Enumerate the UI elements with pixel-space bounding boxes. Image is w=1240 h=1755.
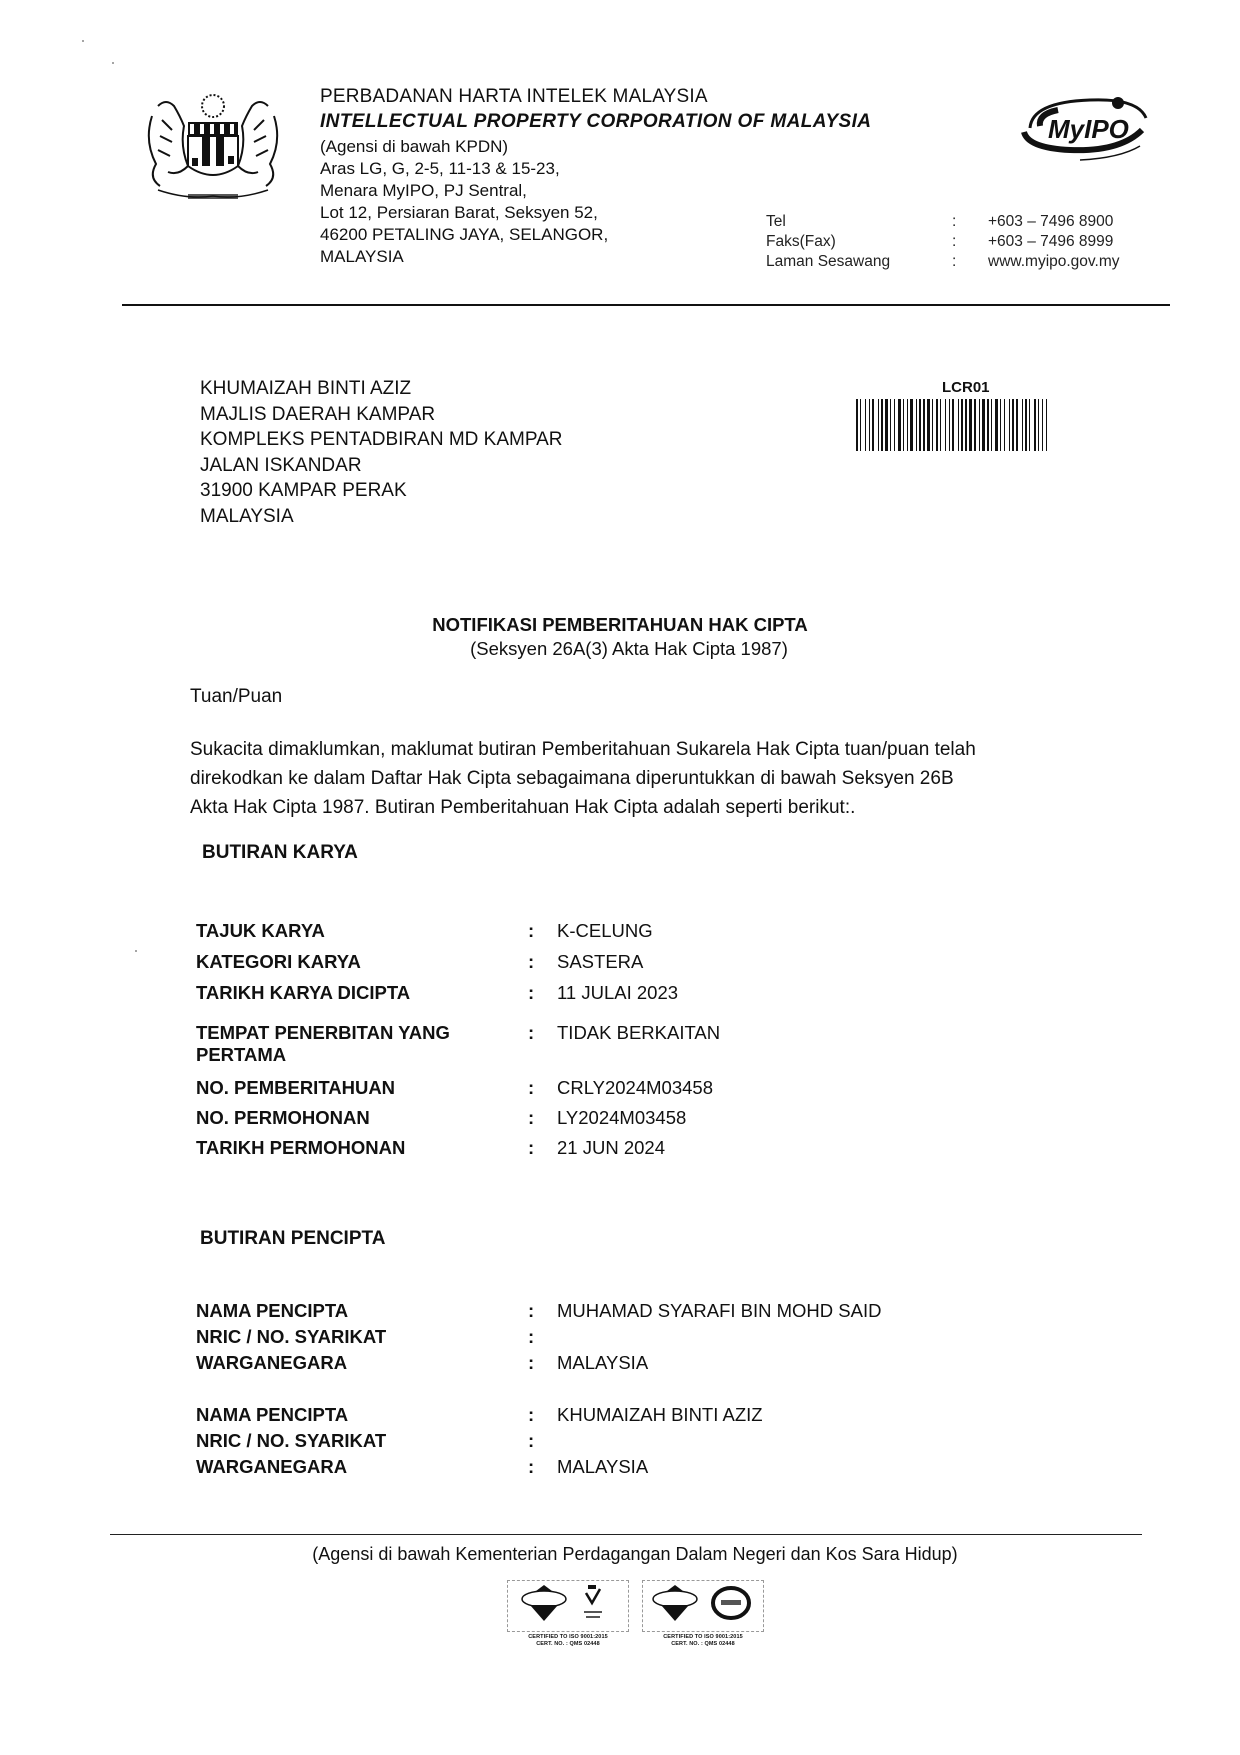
malaysia-coat-of-arms-logo bbox=[138, 86, 288, 208]
myipo-logo: MyIPO bbox=[1010, 88, 1150, 168]
field-label: KATEGORI KARYA bbox=[196, 951, 361, 973]
field-label: TAJUK KARYA bbox=[196, 920, 325, 942]
contact-separator: : bbox=[952, 232, 988, 252]
recipient-address: KHUMAIZAH BINTI AZIZ MAJLIS DAERAH KAMPA… bbox=[200, 376, 562, 529]
address-line: Lot 12, Persiaran Barat, Seksyen 52, bbox=[320, 202, 608, 224]
field-value: MALAYSIA bbox=[557, 1352, 648, 1374]
field-value: MALAYSIA bbox=[557, 1456, 648, 1478]
field-label-line: PERTAMA bbox=[196, 1044, 286, 1065]
contact-label: Faks(Fax) bbox=[766, 232, 952, 252]
field-value: CRLY2024M03458 bbox=[557, 1077, 713, 1099]
certification-text: CERTIFIED TO ISO 9001:2015 CERT. NO. : Q… bbox=[640, 1634, 766, 1648]
notice-paragraph: Sukacita dimaklumkan, maklumat butiran P… bbox=[190, 735, 1070, 822]
contact-separator: : bbox=[952, 252, 988, 272]
field-separator: : bbox=[528, 1326, 534, 1348]
field-value: MUHAMAD SYARAFI BIN MOHD SAID bbox=[557, 1300, 881, 1322]
recipient-line: JALAN ISKANDAR bbox=[200, 453, 562, 479]
barcode bbox=[854, 399, 1050, 451]
org-name-malay: PERBADANAN HARTA INTELEK MALAYSIA bbox=[320, 86, 708, 108]
field-label: NAMA PENCIPTA bbox=[196, 1300, 348, 1322]
address-line: MALAYSIA bbox=[320, 246, 608, 268]
iso-certification-badge: CERTIFIED TO ISO 9001:2015 CERT. NO. : Q… bbox=[640, 1580, 766, 1648]
field-label: TARIKH PERMOHONAN bbox=[196, 1137, 405, 1159]
footer-agency-note: (Agensi di bawah Kementerian Perdagangan… bbox=[0, 1544, 1240, 1565]
certification-number: CERT. NO. : QMS 02448 bbox=[640, 1641, 766, 1648]
field-separator: : bbox=[528, 1107, 534, 1129]
section-heading-author-details: BUTIRAN PENCIPTA bbox=[200, 1228, 385, 1250]
footer-divider bbox=[110, 1534, 1142, 1535]
field-value: TIDAK BERKAITAN bbox=[557, 1022, 720, 1044]
field-label: WARGANEGARA bbox=[196, 1456, 347, 1478]
recipient-line: MALAYSIA bbox=[200, 504, 562, 530]
contact-row-tel: Tel : +603 – 7496 8900 bbox=[766, 212, 1120, 232]
scan-speck bbox=[82, 40, 84, 42]
field-value: 21 JUN 2024 bbox=[557, 1137, 665, 1159]
field-separator: : bbox=[528, 1022, 534, 1044]
field-label: NAMA PENCIPTA bbox=[196, 1404, 348, 1426]
field-label: WARGANEGARA bbox=[196, 1352, 347, 1374]
field-label: NRIC / NO. SYARIKAT bbox=[196, 1326, 386, 1348]
contact-label: Laman Sesawang bbox=[766, 252, 952, 272]
address-line: Menara MyIPO, PJ Sentral, bbox=[320, 180, 608, 202]
field-label-line: TEMPAT PENERBITAN YANG bbox=[196, 1022, 450, 1043]
paragraph-line: direkodkan ke dalam Daftar Hak Cipta seb… bbox=[190, 764, 1070, 793]
section-heading-work-details: BUTIRAN KARYA bbox=[202, 842, 358, 864]
address-line: (Agensi di bawah KPDN) bbox=[320, 136, 608, 158]
field-separator: : bbox=[528, 1404, 534, 1426]
certification-logos bbox=[507, 1580, 629, 1632]
reference-code: LCR01 bbox=[942, 379, 990, 396]
field-value: K-CELUNG bbox=[557, 920, 653, 942]
paragraph-line: Sukacita dimaklumkan, maklumat butiran P… bbox=[190, 735, 1070, 764]
certification-text: CERTIFIED TO ISO 9001:2015 CERT. NO. : Q… bbox=[505, 1634, 631, 1648]
field-label: TARIKH KARYA DICIPTA bbox=[196, 982, 410, 1004]
org-name-english: INTELLECTUAL PROPERTY CORPORATION OF MAL… bbox=[320, 111, 871, 133]
header-divider bbox=[122, 304, 1170, 306]
contact-value: +603 – 7496 8900 bbox=[988, 212, 1113, 232]
certification-logos bbox=[642, 1580, 764, 1632]
org-address: (Agensi di bawah KPDN) Aras LG, G, 2-5, … bbox=[320, 136, 608, 268]
field-separator: : bbox=[528, 982, 534, 1004]
scan-speck bbox=[135, 950, 137, 952]
contact-value: +603 – 7496 8999 bbox=[988, 232, 1113, 252]
address-line: 46200 PETALING JAYA, SELANGOR, bbox=[320, 224, 608, 246]
contact-separator: : bbox=[952, 212, 988, 232]
contact-value: www.myipo.gov.my bbox=[988, 252, 1120, 272]
notice-subtitle: (Seksyen 26A(3) Akta Hak Cipta 1987) bbox=[0, 638, 1240, 660]
certification-line: CERTIFIED TO ISO 9001:2015 bbox=[640, 1634, 766, 1641]
field-label: NO. PEMBERITAHUAN bbox=[196, 1077, 395, 1099]
notice-title: NOTIFIKASI PEMBERITAHUAN HAK CIPTA bbox=[0, 614, 1240, 636]
field-value: LY2024M03458 bbox=[557, 1107, 686, 1129]
certification-line: CERTIFIED TO ISO 9001:2015 bbox=[505, 1634, 631, 1641]
field-separator: : bbox=[528, 1077, 534, 1099]
salutation: Tuan/Puan bbox=[190, 686, 282, 708]
field-separator: : bbox=[528, 1137, 534, 1159]
contact-label: Tel bbox=[766, 212, 952, 232]
field-value: SASTERA bbox=[557, 951, 643, 973]
field-value: KHUMAIZAH BINTI AZIZ bbox=[557, 1404, 763, 1426]
contact-row-website: Laman Sesawang : www.myipo.gov.my bbox=[766, 252, 1120, 272]
recipient-line: KHUMAIZAH BINTI AZIZ bbox=[200, 376, 562, 402]
paragraph-line: Akta Hak Cipta 1987. Butiran Pemberitahu… bbox=[190, 793, 1070, 822]
recipient-line: KOMPLEKS PENTADBIRAN MD KAMPAR bbox=[200, 427, 562, 453]
field-label: NO. PERMOHONAN bbox=[196, 1107, 370, 1129]
field-separator: : bbox=[528, 1300, 534, 1322]
iso-certification-badge: CERTIFIED TO ISO 9001:2015 CERT. NO. : Q… bbox=[505, 1580, 631, 1648]
field-separator: : bbox=[528, 951, 534, 973]
field-separator: : bbox=[528, 1456, 534, 1478]
contact-info: Tel : +603 – 7496 8900 Faks(Fax) : +603 … bbox=[766, 212, 1120, 272]
field-separator: : bbox=[528, 920, 534, 942]
field-separator: : bbox=[528, 1430, 534, 1452]
contact-row-fax: Faks(Fax) : +603 – 7496 8999 bbox=[766, 232, 1120, 252]
address-line: Aras LG, G, 2-5, 11-13 & 15-23, bbox=[320, 158, 608, 180]
field-label: NRIC / NO. SYARIKAT bbox=[196, 1430, 386, 1452]
field-separator: : bbox=[528, 1352, 534, 1374]
recipient-line: 31900 KAMPAR PERAK bbox=[200, 478, 562, 504]
field-value: 11 JULAI 2023 bbox=[557, 982, 678, 1004]
field-label: TEMPAT PENERBITAN YANG PERTAMA bbox=[196, 1022, 450, 1066]
myipo-logo-text: MyIPO bbox=[1048, 114, 1129, 144]
certification-number: CERT. NO. : QMS 02448 bbox=[505, 1641, 631, 1648]
scan-speck bbox=[112, 62, 114, 64]
recipient-line: MAJLIS DAERAH KAMPAR bbox=[200, 402, 562, 428]
